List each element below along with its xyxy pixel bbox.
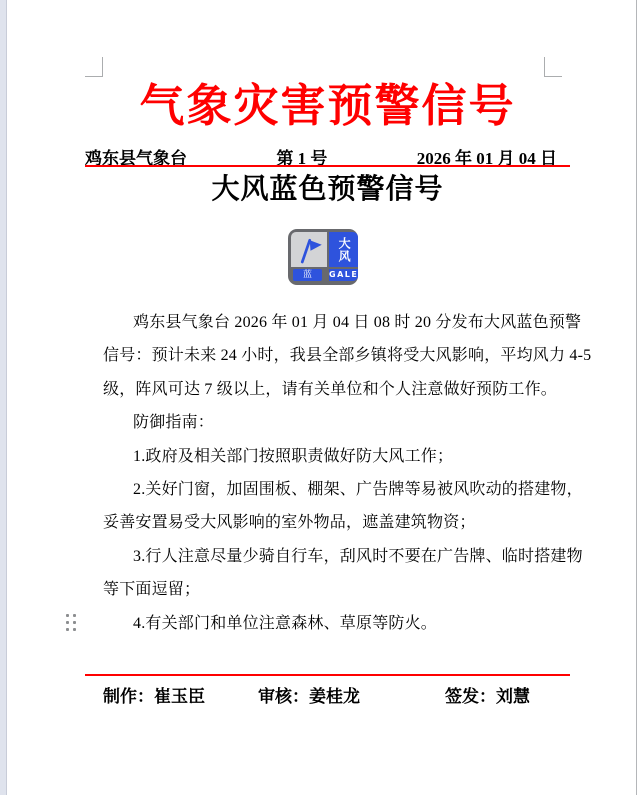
guideline-item: 4.有关部门和单位注意森林、草原等防火。 bbox=[103, 607, 573, 640]
flag-icon bbox=[291, 232, 327, 267]
margin-mark-top-right-icon bbox=[544, 57, 562, 77]
gale-blue-warning-icon: 大风 蓝 GALE bbox=[288, 229, 358, 285]
document-page: 气象灾害预警信号 鸡东县气象台 第 1 号 2026 年 01 月 04 日 大… bbox=[0, 0, 642, 795]
guideline-item: 1.政府及相关部门按照职责做好防大风工作； bbox=[103, 440, 573, 473]
guideline-item: 等下面逗留； bbox=[103, 573, 573, 606]
guideline-item: 妥善安置易受大风影响的室外物品，遮盖建筑物资； bbox=[103, 506, 573, 539]
page-left-gutter bbox=[0, 0, 7, 795]
issuer-signature: 签发：刘慧 bbox=[445, 682, 530, 707]
warning-icon-name-cn: 大风 bbox=[329, 232, 358, 267]
guideline-heading: 防御指南： bbox=[103, 406, 573, 439]
warning-icon-name-en: GALE bbox=[329, 269, 358, 281]
guideline-item: 2.关好门窗，加固围板、棚架、广告牌等易被风吹动的搭建物， bbox=[103, 473, 573, 506]
warning-subtitle: 大风蓝色预警信号 bbox=[85, 173, 570, 205]
header-divider bbox=[85, 165, 570, 167]
drag-handle-icon[interactable] bbox=[66, 614, 77, 634]
reviewer-signature: 审核：姜桂龙 bbox=[258, 682, 360, 707]
document-title: 气象灾害预警信号 bbox=[85, 80, 570, 132]
page-right-edge bbox=[636, 0, 637, 795]
body-line: 鸡东县气象台 2026 年 01 月 04 日 08 时 20 分发布大风蓝色预… bbox=[103, 306, 573, 339]
margin-mark-top-left-icon bbox=[85, 57, 103, 77]
footer-divider bbox=[85, 674, 570, 676]
signature-row: 制作：崔玉臣 审核：姜桂龙 签发：刘慧 bbox=[0, 682, 642, 704]
maker-signature: 制作：崔玉臣 bbox=[103, 682, 205, 707]
body-line: 信号：预计未来 24 小时，我县全部乡镇将受大风影响，平均风力 4-5 bbox=[103, 339, 573, 372]
body-line: 级，阵风可达 7 级以上，请有关单位和个人注意做好预防工作。 bbox=[103, 373, 573, 406]
guideline-item: 3.行人注意尽量少骑自行车，刮风时不要在广告牌、临时搭建物 bbox=[103, 540, 573, 573]
warning-icon-level-badge: 蓝 bbox=[293, 269, 322, 281]
warning-body: 鸡东县气象台 2026 年 01 月 04 日 08 时 20 分发布大风蓝色预… bbox=[103, 306, 573, 640]
